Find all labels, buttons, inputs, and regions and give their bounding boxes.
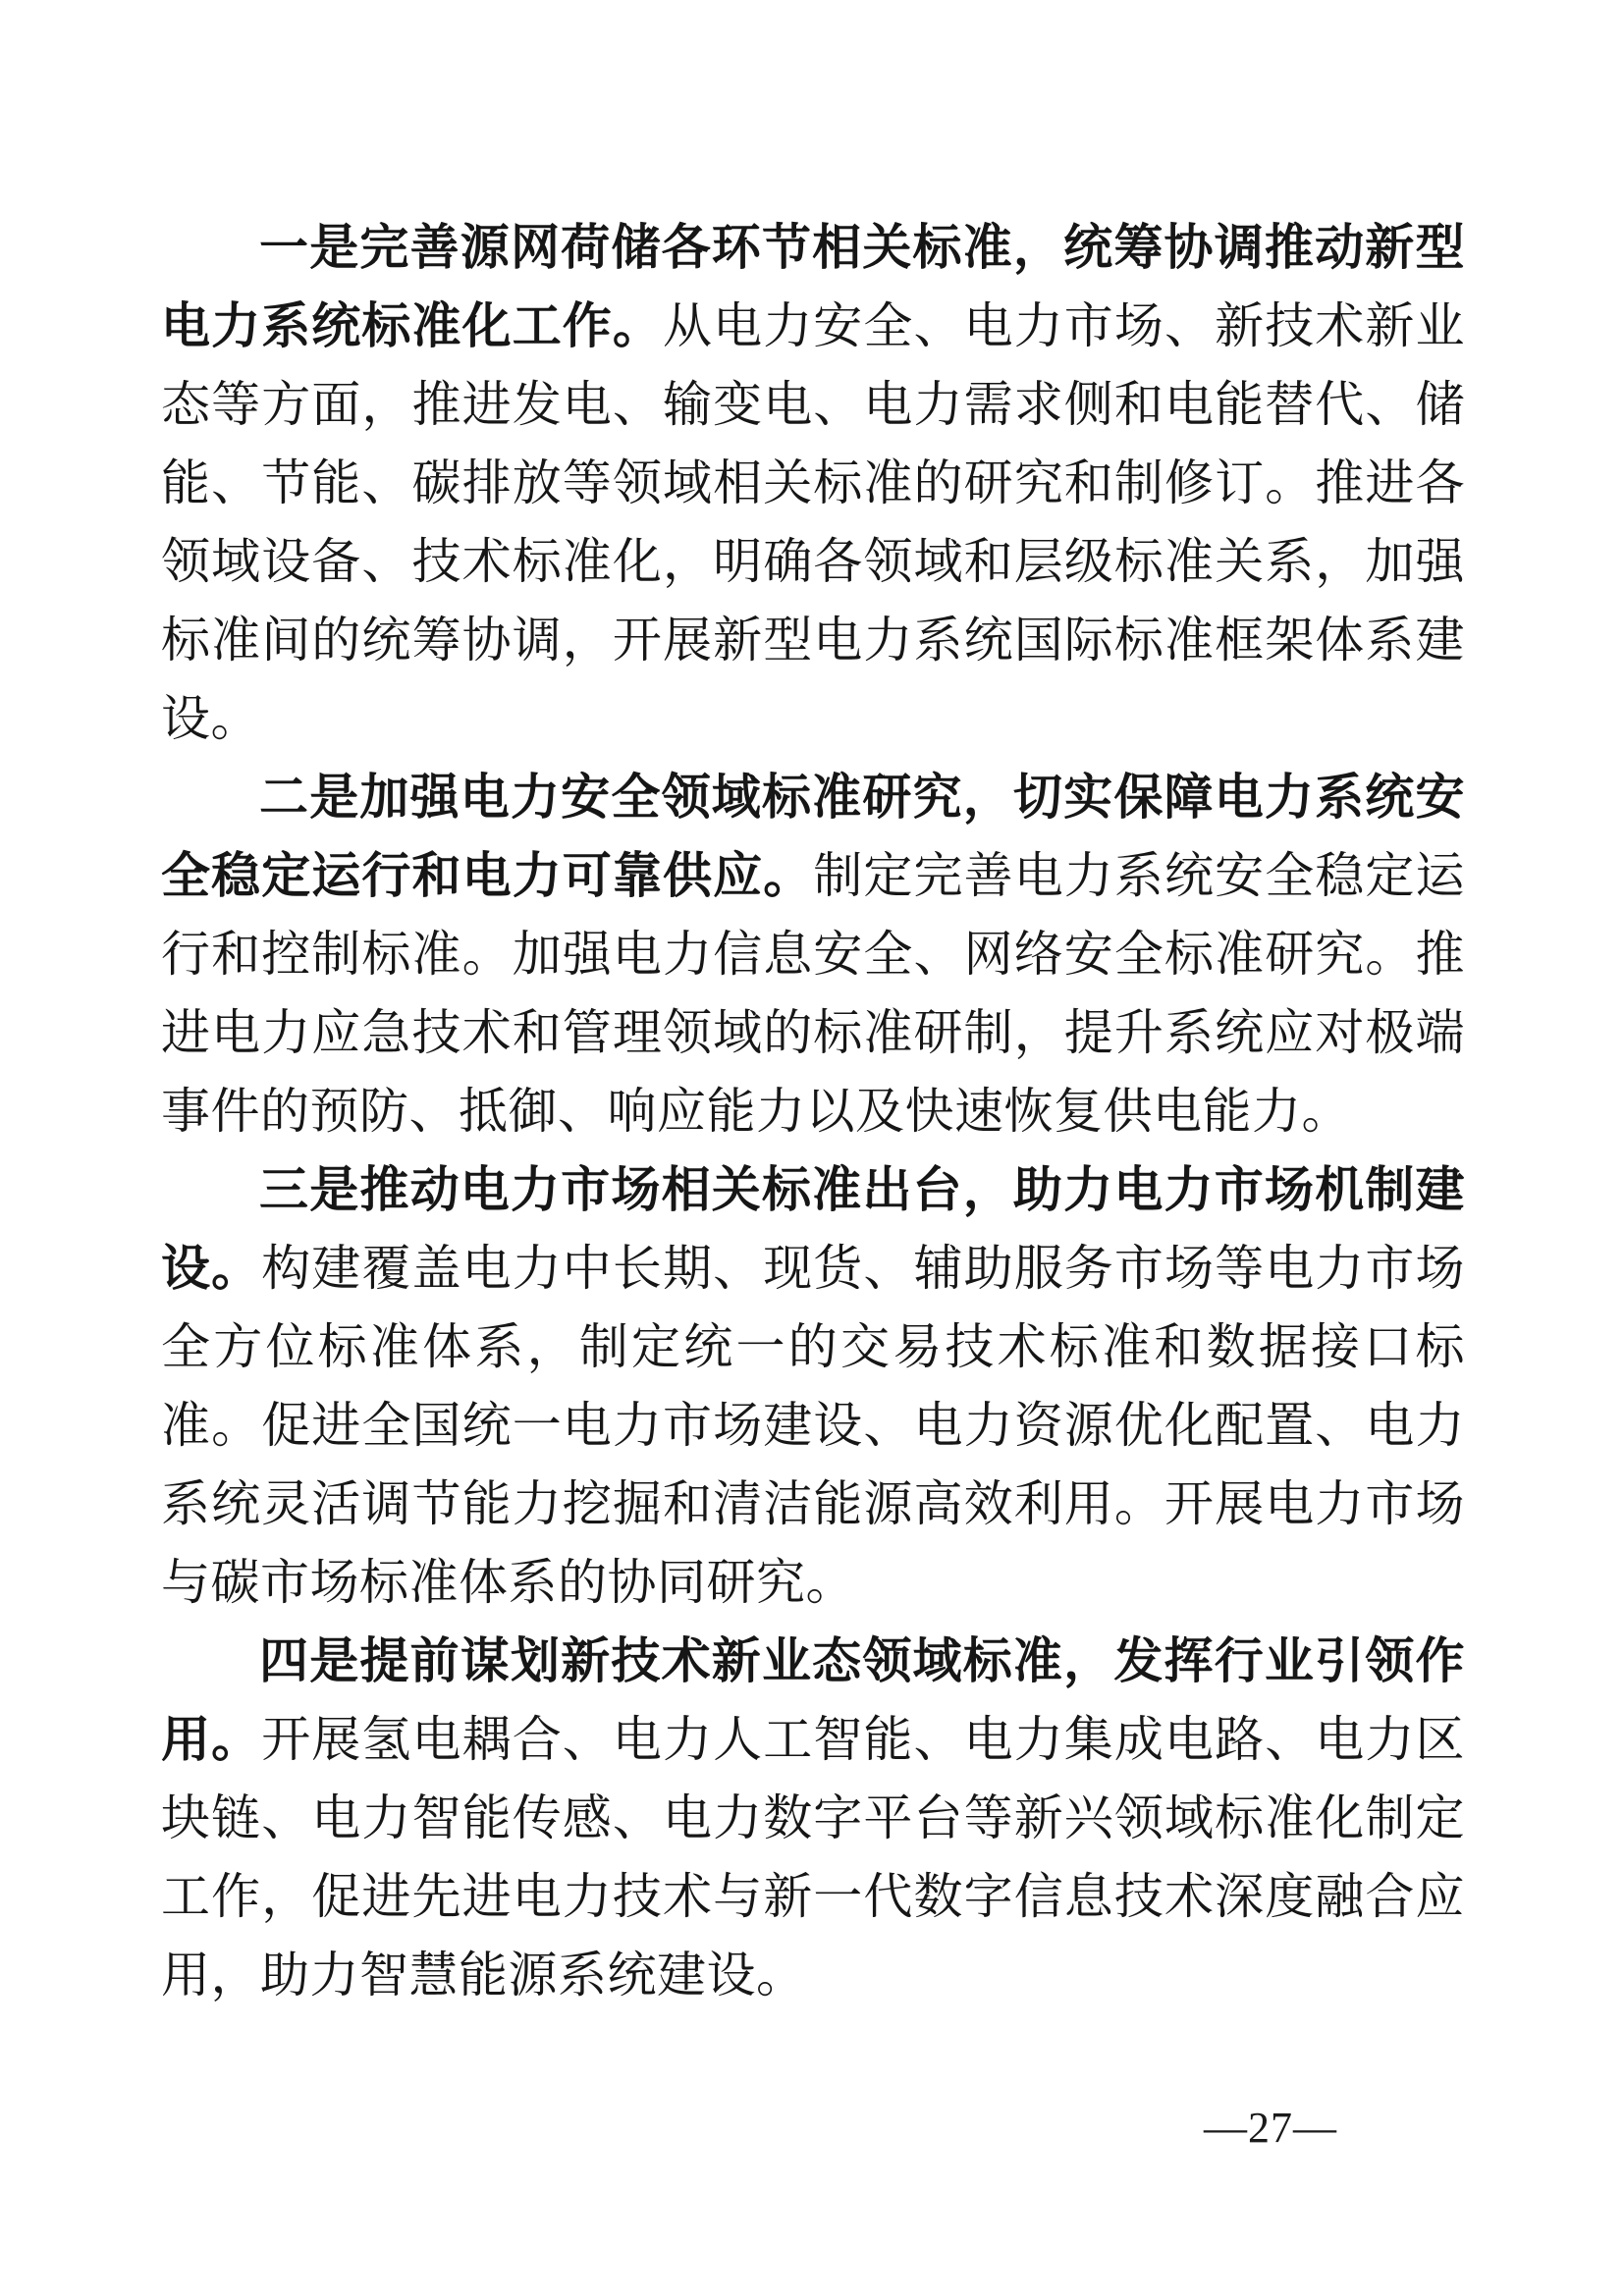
paragraph-4: 四是提前谋划新技术新业态领域标准，发挥行业引领作用。开展氢电耦合、电力人工智能、…	[161, 1622, 1465, 2014]
document-page: 一是完善源网荷储各环节相关标准，统筹协调推动新型电力系统标准化工作。从电力安全、…	[0, 0, 1624, 2296]
paragraph-1-body: 从电力安全、电力市场、新技术新业态等方面，推进发电、输变电、电力需求侧和电能替代…	[161, 298, 1465, 746]
document-body: 一是完善源网荷储各环节相关标准，统筹协调推动新型电力系统标准化工作。从电力安全、…	[161, 208, 1465, 2014]
paragraph-4-body: 开展氢电耦合、电力人工智能、电力集成电路、电力区块链、电力智能传感、电力数字平台…	[161, 1712, 1465, 2002]
paragraph-3-body: 构建覆盖电力中长期、现货、辅助服务市场等电力市场全方位标准体系，制定统一的交易技…	[161, 1241, 1465, 1610]
paragraph-1: 一是完善源网荷储各环节相关标准，统筹协调推动新型电力系统标准化工作。从电力安全、…	[161, 208, 1465, 758]
paragraph-3: 三是推动电力市场相关标准出台，助力电力市场机制建设。构建覆盖电力中长期、现货、辅…	[161, 1150, 1465, 1622]
paragraph-2: 二是加强电力安全领域标准研究，切实保障电力系统安全稳定运行和电力可靠供应。制定完…	[161, 758, 1465, 1150]
page-number: —27—	[1204, 2099, 1337, 2158]
